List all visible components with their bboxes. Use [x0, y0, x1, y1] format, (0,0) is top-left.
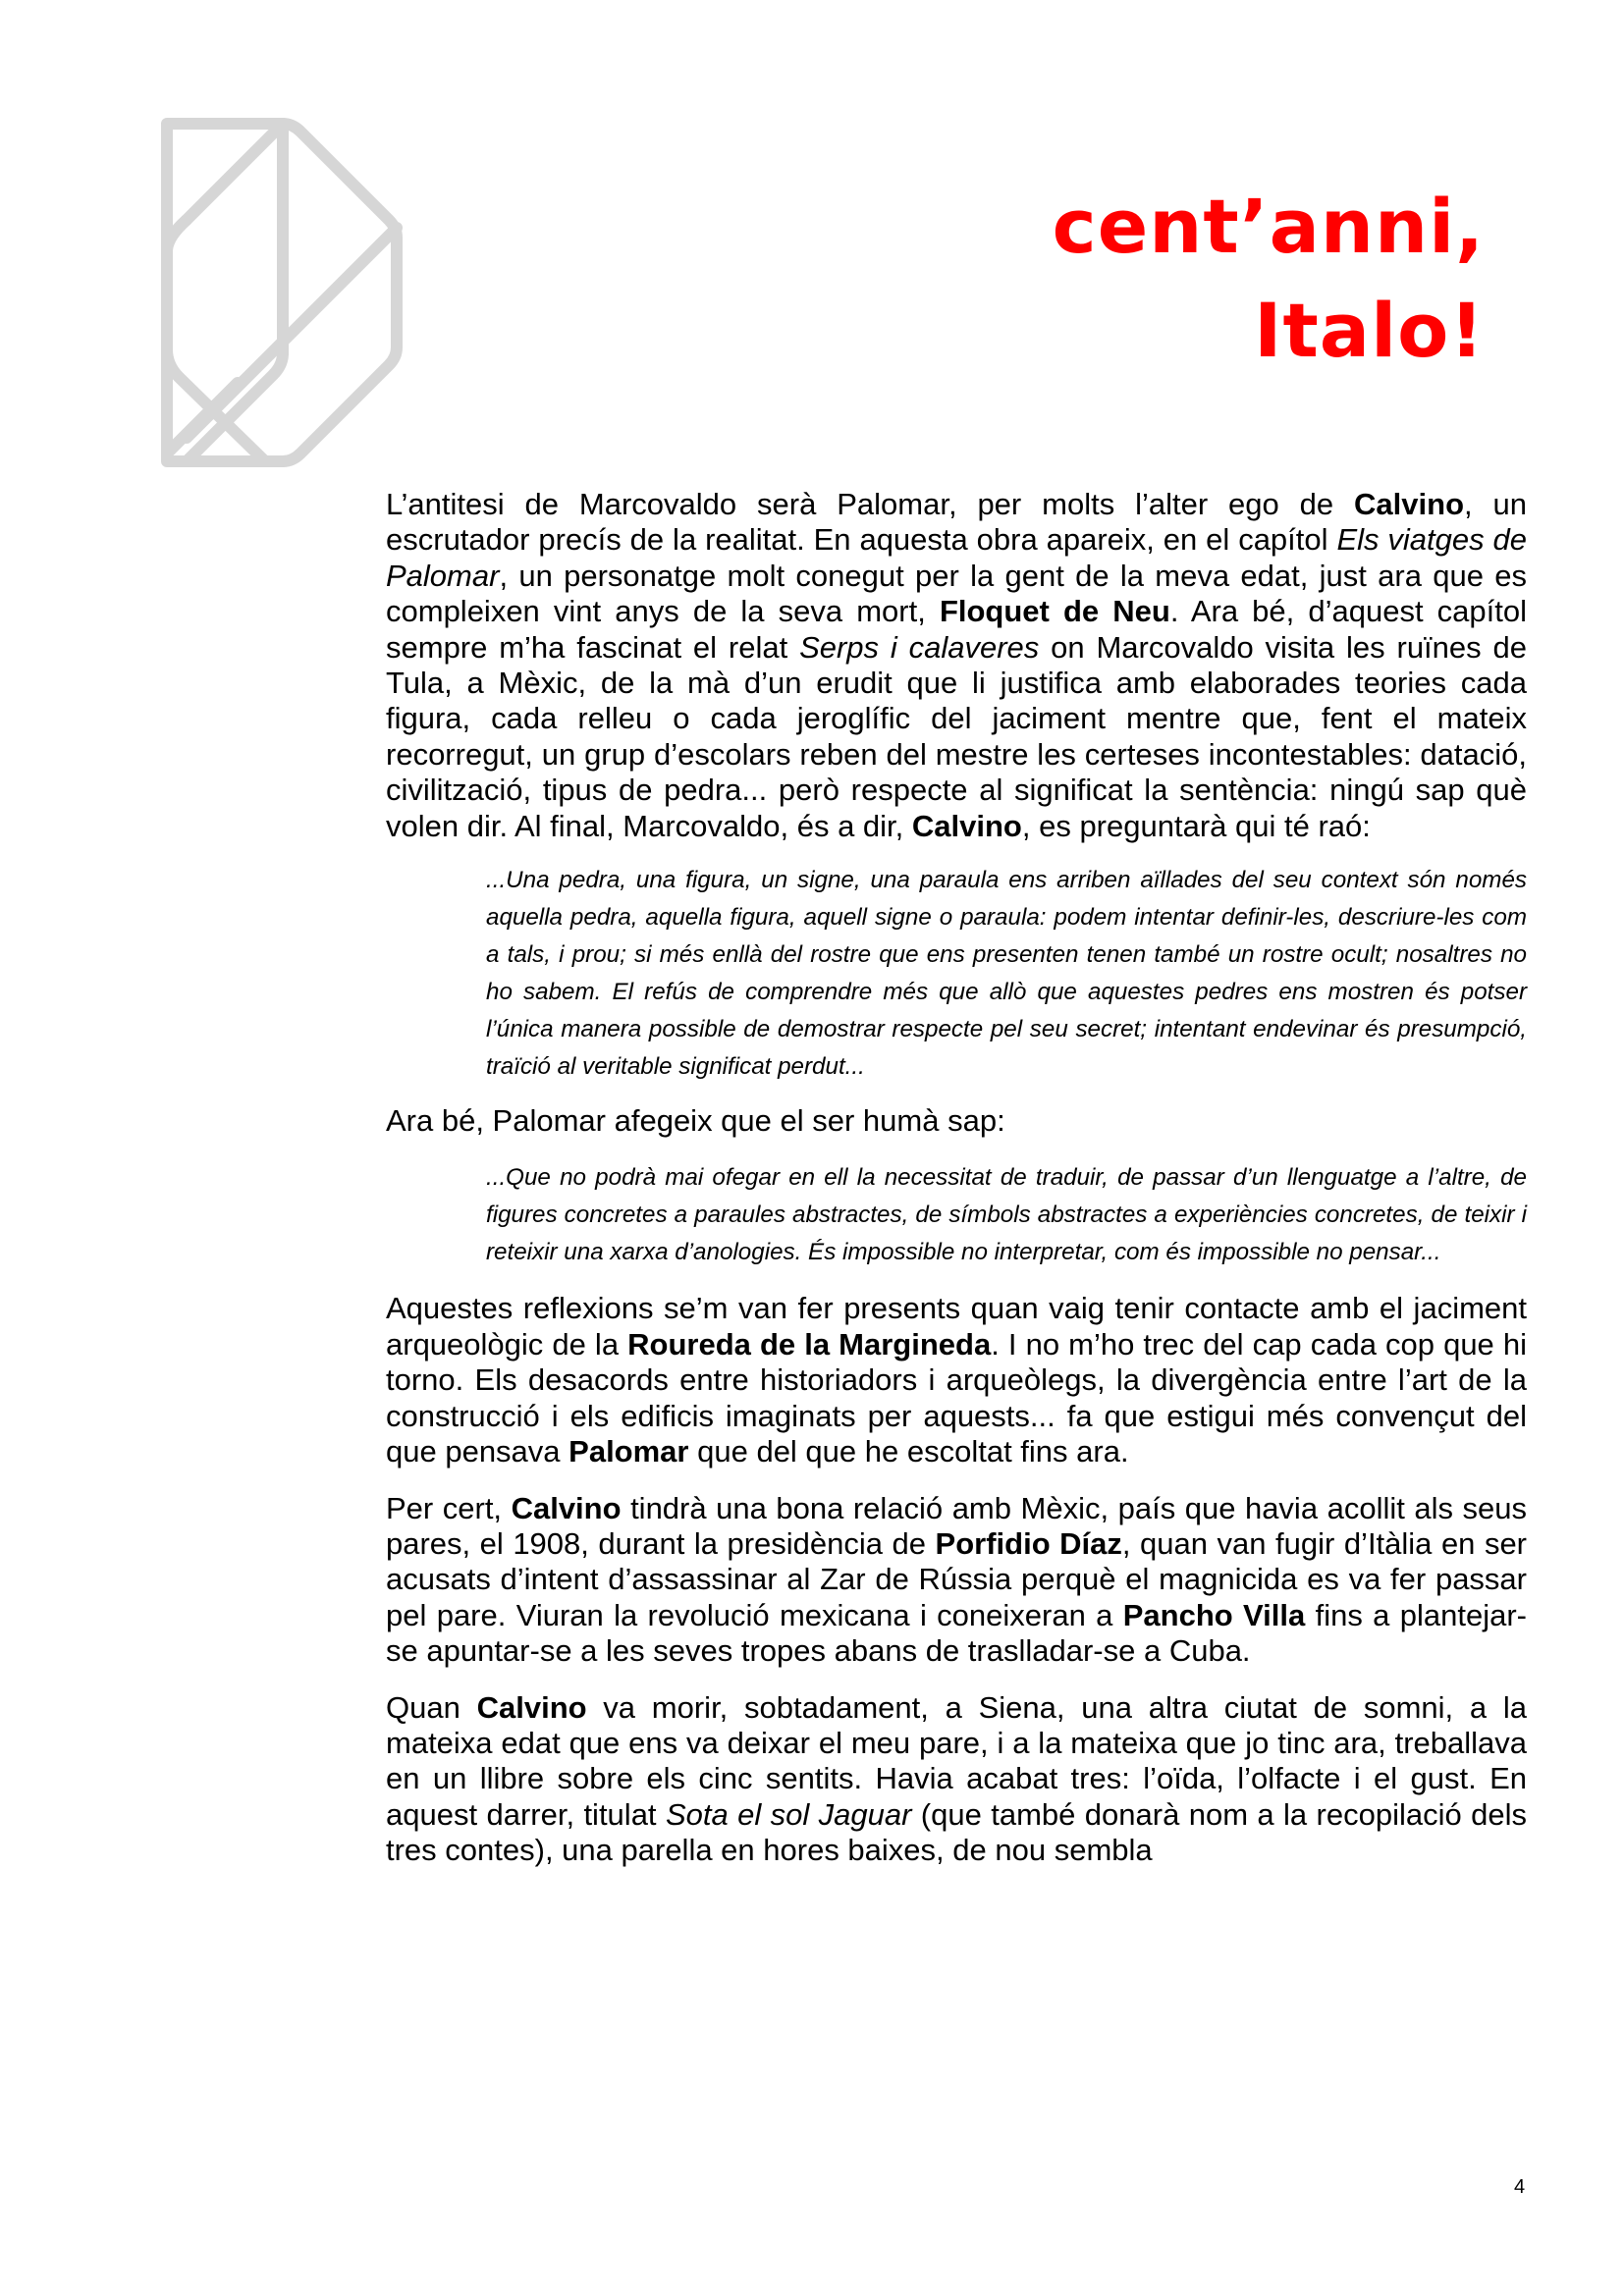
- body-paragraph: Per cert, Calvino tindrà una bona relaci…: [386, 1491, 1527, 1670]
- text-run: Ara bé, Palomar afegeix que el ser humà …: [386, 1103, 1005, 1138]
- bold-name: Calvino: [477, 1690, 587, 1725]
- text-run: , es preguntarà qui té raó:: [1022, 809, 1371, 843]
- block-quote: ...Que no podrà mai ofegar en ell la nec…: [486, 1159, 1527, 1271]
- bold-name: Calvino: [912, 809, 1022, 843]
- bold-name: Floquet de Neu: [940, 594, 1170, 628]
- text-run: que del que he escoltat fins ara.: [689, 1434, 1129, 1468]
- bold-name: Palomar: [568, 1434, 688, 1468]
- body-paragraph: Ara bé, Palomar afegeix que el ser humà …: [386, 1103, 1527, 1139]
- bold-name: Calvino: [1354, 487, 1464, 521]
- bold-name: Pancho Villa: [1123, 1598, 1306, 1632]
- bold-name: Roureda de la Margineda: [627, 1327, 991, 1362]
- body-paragraph: L’antitesi de Marcovaldo serà Palomar, p…: [386, 487, 1527, 844]
- italic-title: Serps i calaveres: [799, 630, 1039, 665]
- title-line-1: cent’anni,: [1053, 175, 1485, 279]
- body-paragraph: Quan Calvino va morir, sobtadament, a Si…: [386, 1690, 1527, 1869]
- italic-title: Sota el sol Jaguar: [666, 1797, 911, 1832]
- block-quote: ...Una pedra, una figura, un signe, una …: [486, 862, 1527, 1086]
- page-number: 4: [1514, 2175, 1525, 2199]
- page-title: cent’anni, Italo!: [1053, 175, 1485, 383]
- text-run: Quan: [386, 1690, 477, 1725]
- body-paragraph: Aquestes reflexions se’m van fer present…: [386, 1291, 1527, 1469]
- bold-name: Calvino: [512, 1491, 622, 1525]
- text-run: Per cert,: [386, 1491, 512, 1525]
- article-body: L’antitesi de Marcovaldo serà Palomar, p…: [386, 487, 1527, 1890]
- title-line-2: Italo!: [1053, 279, 1485, 383]
- geometric-d-logo-icon: [157, 114, 408, 483]
- bold-name: Porfidio Díaz: [936, 1526, 1122, 1561]
- text-run: L’antitesi de Marcovaldo serà Palomar, p…: [386, 487, 1354, 521]
- text-run: ...Que no podrà mai ofegar en ell la nec…: [486, 1164, 1527, 1265]
- text-run: ...Una pedra, una figura, un signe, una …: [486, 867, 1527, 1080]
